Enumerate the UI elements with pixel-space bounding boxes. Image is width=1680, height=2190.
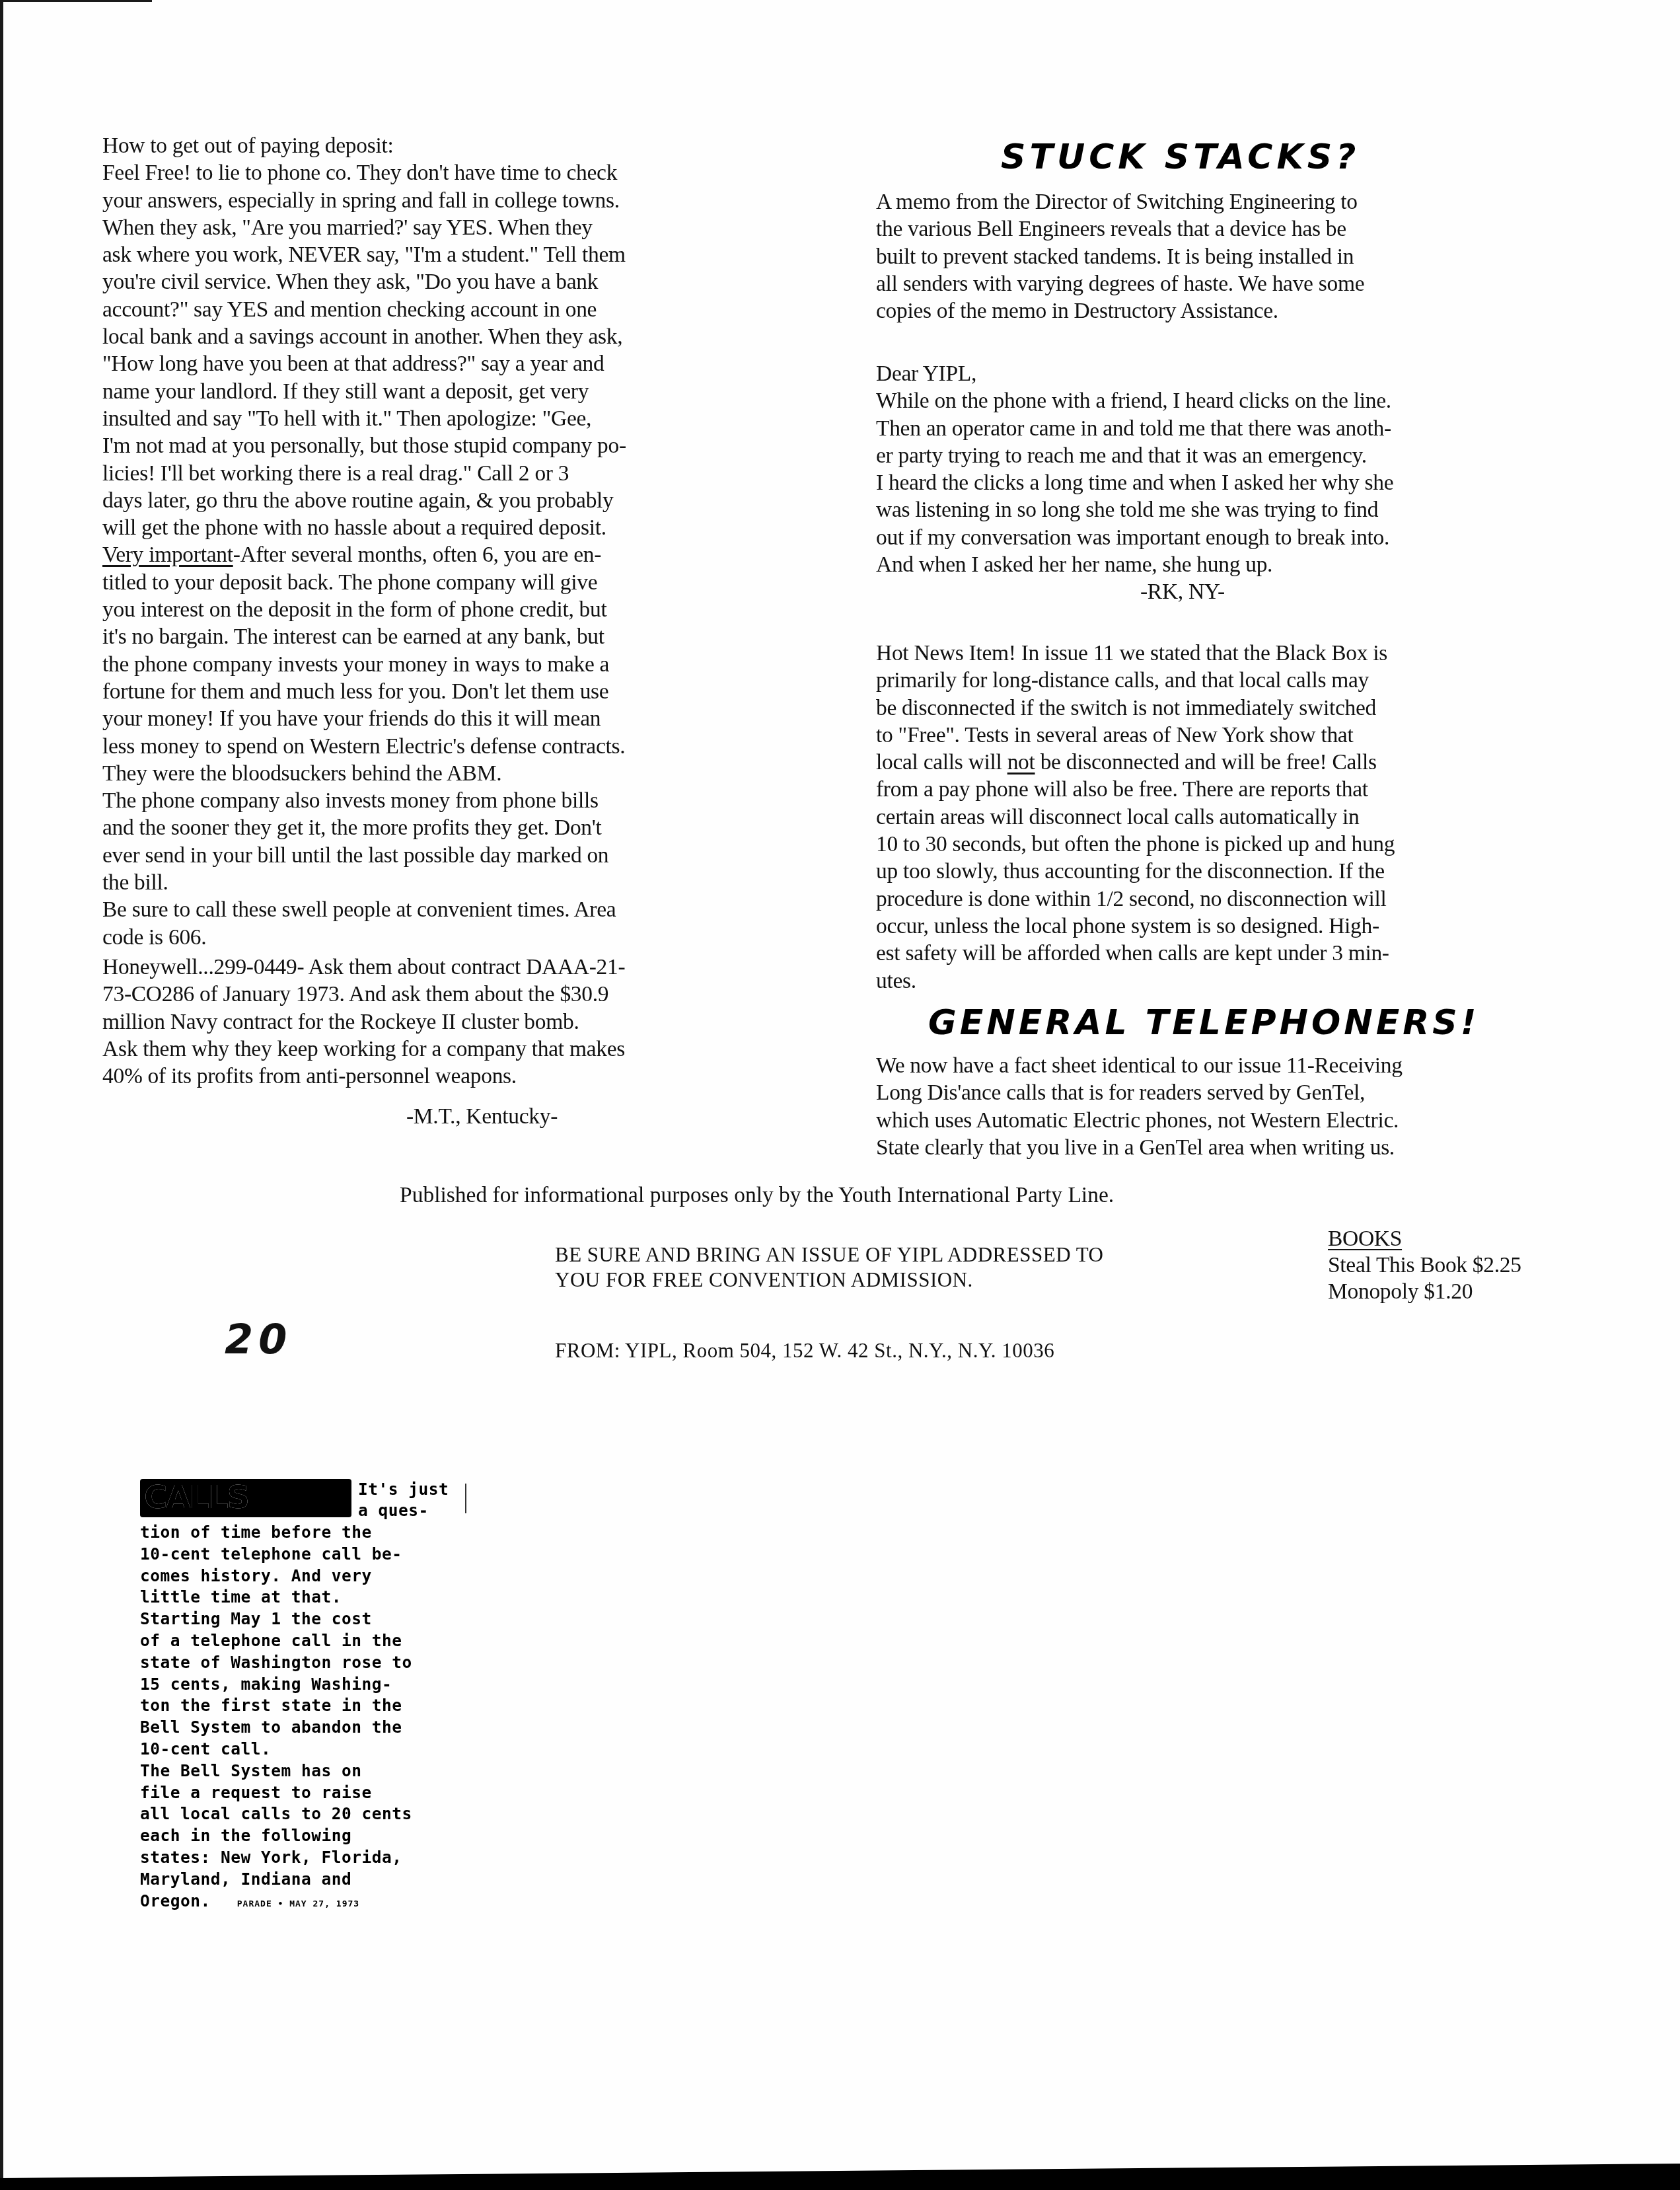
text-line: copies of the memo in Destructory Assist… bbox=[876, 297, 1623, 324]
hot-news-not-line: local calls will not be disconnected and… bbox=[876, 749, 1623, 776]
text-line: built to prevent stacked tandems. It is … bbox=[876, 243, 1623, 270]
text-line: insulted and say "To hell with it." Then… bbox=[102, 405, 849, 432]
published-notice: Published for informational purposes onl… bbox=[400, 1183, 1114, 1208]
text-line: Steal This Book $2.25 bbox=[1328, 1252, 1521, 1279]
deposit-heading: How to get out of paying deposit: bbox=[102, 132, 849, 159]
text-line: local bank and a savings account in anot… bbox=[102, 323, 849, 350]
text-line: little time at that. bbox=[140, 1587, 484, 1608]
text-line: file a request to raise bbox=[140, 1782, 484, 1804]
text-line: est safety will be afforded when calls a… bbox=[876, 940, 1623, 967]
phone-bills-paragraph: The phone company also invests money fro… bbox=[102, 787, 849, 896]
text-line: State clearly that you live in a GenTel … bbox=[876, 1134, 1623, 1161]
text-line: ton the first state in the bbox=[140, 1695, 484, 1717]
deposit-article: How to get out of paying deposit: Feel F… bbox=[102, 132, 849, 1131]
text-line: 40% of its profits from anti-personnel w… bbox=[102, 1063, 849, 1090]
text-line: Maryland, Indiana and bbox=[140, 1869, 484, 1891]
text-line: 10 to 30 seconds, but often the phone is… bbox=[876, 831, 1623, 858]
text-line: YOU FOR FREE CONVENTION ADMISSION. bbox=[555, 1267, 1103, 1293]
clipping-edge-mark bbox=[465, 1484, 466, 1513]
text-line: Monopoly $1.20 bbox=[1328, 1279, 1521, 1305]
hot-news-body-2: from a pay phone will also be free. Ther… bbox=[876, 776, 1623, 994]
letter-salutation: Dear YIPL, bbox=[876, 360, 1623, 387]
stuck-stacks-headline: STUCK STACKS? bbox=[1001, 137, 1360, 177]
newspaper-clipping: CALLS GOING UP It's justa ques- tion of … bbox=[140, 1479, 484, 1915]
text-line: primarily for long-distance calls, and t… bbox=[876, 667, 1623, 694]
hot-news-prefix: local calls will bbox=[876, 750, 1007, 774]
text-line: the bill. bbox=[102, 869, 849, 896]
text-line: up too slowly, thus accounting for the d… bbox=[876, 858, 1623, 885]
text-line: the phone company invests your money in … bbox=[102, 651, 849, 678]
text-line: I heard the clicks a long time and when … bbox=[876, 469, 1623, 496]
call-paragraph: Be sure to call these swell people at co… bbox=[102, 896, 849, 951]
scanned-page: How to get out of paying deposit: Feel F… bbox=[0, 0, 1680, 2190]
text-line: Bell System to abandon the bbox=[140, 1717, 484, 1739]
hot-news: Hot News Item! In issue 11 we stated tha… bbox=[876, 640, 1623, 995]
stuck-stacks-body: A memo from the Director of Switching En… bbox=[876, 188, 1623, 324]
text-line: They were the bloodsuckers behind the AB… bbox=[102, 760, 849, 787]
text-line: which uses Automatic Electric phones, no… bbox=[876, 1107, 1623, 1134]
text-line: Long Dis'ance calls that is for readers … bbox=[876, 1079, 1623, 1106]
text-line: Hot News Item! In issue 11 we stated tha… bbox=[876, 640, 1623, 667]
text-line: fortune for them and much less for you. … bbox=[102, 678, 849, 705]
text-line: of a telephone call in the bbox=[140, 1630, 484, 1652]
text-line: all local calls to 20 cents bbox=[140, 1803, 484, 1825]
text-line: state of Washington rose to bbox=[140, 1652, 484, 1674]
scan-edge-top bbox=[0, 0, 152, 2]
text-line: from a pay phone will also be free. Ther… bbox=[876, 776, 1623, 803]
clipping-credit: PARADE • MAY 27, 1973 bbox=[237, 1899, 359, 1909]
scan-edge-left bbox=[0, 0, 3, 2190]
text-line: code is 606. bbox=[102, 924, 849, 951]
convention-notice: BE SURE AND BRING AN ISSUE OF YIPL ADDRE… bbox=[555, 1242, 1103, 1293]
text-line: to "Free". Tests in several areas of New… bbox=[876, 722, 1623, 749]
text-line: 10-cent telephone call be- bbox=[140, 1544, 484, 1566]
text-line: ever send in your bill until the last po… bbox=[102, 842, 849, 869]
text-line: certain areas will disconnect local call… bbox=[876, 804, 1623, 831]
clipping-lead: It's justa ques- bbox=[358, 1479, 449, 1521]
text-line: 73-CO286 of January 1973. And ask them a… bbox=[102, 981, 849, 1008]
books-heading: BOOKS bbox=[1328, 1226, 1521, 1252]
letter: Dear YIPL, While on the phone with a fri… bbox=[876, 360, 1623, 606]
general-telephoners-body: We now have a fact sheet identical to ou… bbox=[876, 1052, 1623, 1161]
very-important-line: Very important-After several months, oft… bbox=[102, 541, 849, 568]
scan-edge-bottom bbox=[0, 2164, 1680, 2190]
text-line: 15 cents, making Washing- bbox=[140, 1674, 484, 1696]
text-line: Then an operator came in and told me tha… bbox=[876, 415, 1623, 442]
text-line: licies! I'll bet working there is a real… bbox=[102, 460, 849, 487]
text-line: your money! If you have your friends do … bbox=[102, 705, 849, 732]
text-line: states: New York, Florida, bbox=[140, 1847, 484, 1869]
text-line: it's no bargain. The interest can be ear… bbox=[102, 623, 849, 650]
clipping-body: tion of time before the10-cent telephone… bbox=[140, 1522, 484, 1891]
text-line: Be sure to call these swell people at co… bbox=[102, 896, 849, 923]
text-line: Ask them why they keep working for a com… bbox=[102, 1036, 849, 1063]
text-line: BE SURE AND BRING AN ISSUE OF YIPL ADDRE… bbox=[555, 1242, 1103, 1267]
books-list: Steal This Book $2.25Monopoly $1.20 bbox=[1328, 1252, 1521, 1305]
hot-news-suffix: be disconnected and will be free! Calls bbox=[1035, 750, 1377, 774]
text-line: be disconnected if the switch is not imm… bbox=[876, 695, 1623, 722]
page-number: 20 bbox=[225, 1315, 292, 1363]
text-line: It's just bbox=[358, 1479, 449, 1500]
text-line: While on the phone with a friend, I hear… bbox=[876, 387, 1623, 414]
text-line: less money to spend on Western Electric'… bbox=[102, 733, 849, 760]
text-line: each in the following bbox=[140, 1825, 484, 1847]
honeywell-paragraph: Honeywell...299-0449- Ask them about con… bbox=[102, 954, 849, 1090]
text-line: account?" say YES and mention checking a… bbox=[102, 296, 849, 323]
deposit-signature: -M.T., Kentucky- bbox=[102, 1103, 849, 1130]
text-line: The phone company also invests money fro… bbox=[102, 787, 849, 814]
letter-body: While on the phone with a friend, I hear… bbox=[876, 387, 1623, 578]
text-line: titled to your deposit back. The phone c… bbox=[102, 569, 849, 596]
general-telephoners-headline: GENERAL TELEPHONERS! bbox=[928, 1003, 1480, 1043]
text-line: Honeywell...299-0449- Ask them about con… bbox=[102, 954, 849, 981]
text-line: utes. bbox=[876, 967, 1623, 995]
clipping-headline-text: CALLS GOING UP bbox=[144, 1480, 351, 1517]
text-line: days later, go thru the above routine ag… bbox=[102, 487, 849, 514]
letter-signature: -RK, NY- bbox=[876, 578, 1623, 605]
text-line: er party trying to reach me and that it … bbox=[876, 442, 1623, 469]
text-line: We now have a fact sheet identical to ou… bbox=[876, 1052, 1623, 1079]
text-line: all senders with varying degrees of hast… bbox=[876, 270, 1623, 297]
text-line: I'm not mad at you personally, but those… bbox=[102, 432, 849, 459]
text-line: and the sooner they get it, the more pro… bbox=[102, 814, 849, 841]
clipping-headline: CALLS GOING UP bbox=[140, 1479, 351, 1517]
clipping-last-text: Oregon. bbox=[140, 1891, 211, 1910]
text-line: And when I asked her her name, she hung … bbox=[876, 551, 1623, 578]
text-line: your answers, especially in spring and f… bbox=[102, 187, 849, 214]
text-line: "How long have you been at that address?… bbox=[102, 350, 849, 377]
text-line: comes history. And very bbox=[140, 1566, 484, 1587]
text-line: tion of time before the bbox=[140, 1522, 484, 1544]
very-important-body: titled to your deposit back. The phone c… bbox=[102, 569, 849, 787]
text-line: Feel Free! to lie to phone co. They don'… bbox=[102, 159, 849, 186]
text-line: procedure is done within 1/2 second, no … bbox=[876, 886, 1623, 913]
deposit-body: Feel Free! to lie to phone co. They don'… bbox=[102, 159, 849, 541]
mailing-address: FROM: YIPL, Room 504, 152 W. 42 St., N.Y… bbox=[555, 1338, 1054, 1363]
clipping-last-line: Oregon.PARADE • MAY 27, 1973 bbox=[140, 1891, 484, 1916]
text-line: When they ask, "Are you married?' say YE… bbox=[102, 214, 849, 241]
text-line: a ques- bbox=[358, 1500, 449, 1521]
very-important-label: Very important bbox=[102, 543, 233, 567]
text-line: name your landlord. If they still want a… bbox=[102, 378, 849, 405]
text-line: million Navy contract for the Rockeye II… bbox=[102, 1008, 849, 1036]
text-line: Starting May 1 the cost bbox=[140, 1608, 484, 1630]
text-line: the various Bell Engineers reveals that … bbox=[876, 215, 1623, 243]
text-line: you interest on the deposit in the form … bbox=[102, 596, 849, 623]
hot-news-not-word: not bbox=[1007, 750, 1035, 774]
text-line: A memo from the Director of Switching En… bbox=[876, 188, 1623, 215]
text-line: was listening in so long she told me she… bbox=[876, 496, 1623, 523]
text-line: occur, unless the local phone system is … bbox=[876, 913, 1623, 940]
text-line: The Bell System has on bbox=[140, 1760, 484, 1782]
text-line: ask where you work, NEVER say, "I'm a st… bbox=[102, 241, 849, 268]
text-line: 10-cent call. bbox=[140, 1739, 484, 1760]
text-line: will get the phone with no hassle about … bbox=[102, 514, 849, 541]
very-important-first: -After several months, often 6, you are … bbox=[233, 543, 601, 567]
text-line: you're civil service. When they ask, "Do… bbox=[102, 268, 849, 295]
hot-news-body-1: Hot News Item! In issue 11 we stated tha… bbox=[876, 640, 1623, 749]
text-line: out if my conversation was important eno… bbox=[876, 524, 1623, 551]
books-box: BOOKS Steal This Book $2.25Monopoly $1.2… bbox=[1328, 1226, 1521, 1305]
